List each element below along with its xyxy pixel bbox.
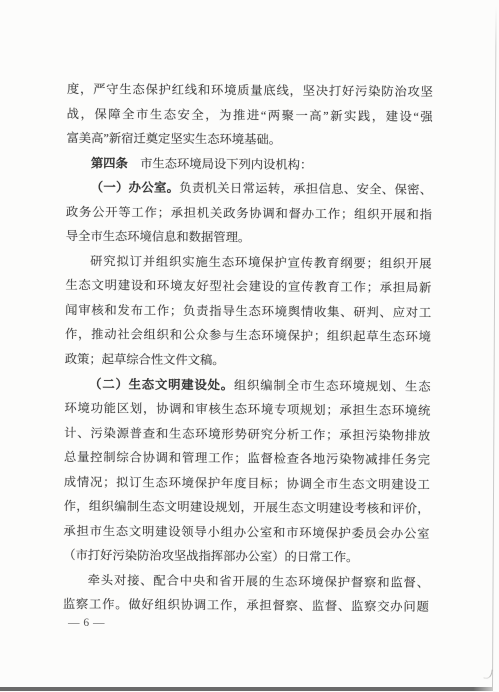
document-line: 成情况；拟订生态环境保护年度目标；协调全市生态文明建设工 <box>64 469 430 496</box>
document-line: 作，推动社会组织和公众参与生态环境保护；组织起草生态环境 <box>65 322 431 349</box>
document-line: 承担市生态文明建设领导小组办公室和市环境保护委员会办公室 <box>63 518 429 545</box>
text-segment: 监察工作。做好组织协调工作，承担督察、监督、监察交办问题 <box>63 597 429 614</box>
page-number: — 6 — <box>68 615 105 631</box>
text-segment: 生态文明建设和环境友好型社会建设的宣传教育工作；承担局新 <box>65 278 431 295</box>
document-line: 研究拟订并组织实施生态环境保护宣传教育纲要；组织开展 <box>65 248 431 275</box>
heading-segment: 第四条 <box>91 155 128 169</box>
document-line: 第四条 市生态环境局设下列内设机构： <box>66 150 432 177</box>
text-segment: 导全市生态环境信息和数据管理。 <box>66 229 251 244</box>
text-segment: 环境功能区划，协调和审核生态环境专项规划；承担生态环境统 <box>64 401 430 418</box>
text-segment: 组织编制全市生态环境规划、生态 <box>234 377 431 393</box>
document-line: 作，组织编制生态文明建设规划，开展生态文明建设考核和评价， <box>64 494 430 521</box>
document-line: 导全市生态环境信息和数据管理。 <box>66 224 432 251</box>
document-line: （一）办公室。负责机关日常运转，承担信息、安全、保密、 <box>66 175 432 202</box>
document-page: 度，严守生态保护红线和环境质量底线，坚决打好污染防治攻坚战，保障全市生态安全，为… <box>0 0 499 692</box>
text-segment: 市生态环境局设下列内设机构： <box>128 156 313 171</box>
text-segment: 承担市生态文明建设领导小组办公室和市环境保护委员会办公室 <box>63 523 429 540</box>
text-segment: 总量控制综合协调和管理工作；监督检查各地污染物减排任务完 <box>64 450 430 467</box>
document-line: 监察工作。做好组织协调工作，承担督察、监督、监察交办问题 <box>63 592 429 619</box>
text-segment: 成情况；拟订生态环境保护年度目标；协调全市生态文明建设工 <box>64 474 430 491</box>
text-segment: 作，组织编制生态文明建设规划，开展生态文明建设考核和评价， <box>64 499 430 516</box>
text-segment: 政务公开等工作；承担机关政务协调和督办工作；组织开展和指 <box>66 204 432 221</box>
scan-edge-bottom-line <box>0 687 493 691</box>
document-line: 政务公开等工作；承担机关政务协调和督办工作；组织开展和指 <box>66 199 432 226</box>
document-line: 总量控制综合协调和管理工作；监督检查各地污染物减排任务完 <box>64 445 430 472</box>
document-text-block: 度，严守生态保护红线和环境质量底线，坚决打好污染防治攻坚战，保障全市生态安全，为… <box>63 77 433 620</box>
text-segment: 政策；起草综合性文件文稿。 <box>65 352 225 367</box>
text-segment: 牵头对接、配合中央和省开展的生态环境保护督察和监督、 <box>88 573 430 590</box>
text-segment: 计、污染源普查和生态环境形势研究分析工作；承担污染物排放 <box>64 425 430 442</box>
document-line: （市打好污染防治攻坚战指挥部办公室）的日常工作。 <box>63 543 429 570</box>
document-line: 闻审核和发布工作；负责指导生态环境舆情收集、研判、应对工 <box>65 297 431 324</box>
text-segment: 富美高”新宿迁奠定坚实生态环境基础。 <box>66 131 281 147</box>
document-line: 度，严守生态保护红线和环境质量底线，坚决打好污染防治攻坚 <box>67 77 433 104</box>
heading-segment: （一）办公室。 <box>91 180 180 195</box>
text-segment: 度，严守生态保护红线和环境质量底线，坚决打好污染防治攻坚 <box>67 81 433 98</box>
document-line: 富美高”新宿迁奠定坚实生态环境基础。 <box>66 126 432 153</box>
document-line: 环境功能区划，协调和审核生态环境专项规划；承担生态环境统 <box>64 396 430 423</box>
document-line: 生态文明建设和环境友好型社会建设的宣传教育工作；承担局新 <box>65 273 431 300</box>
document-line: 牵头对接、配合中央和省开展的生态环境保护督察和监督、 <box>63 567 429 594</box>
text-segment: 作，推动社会组织和公众参与生态环境保护；组织起草生态环境 <box>65 327 431 344</box>
document-line: 战，保障全市生态安全，为推进“两聚一高”新实践，建设“强 <box>67 101 433 128</box>
text-segment: 研究拟订并组织实施生态环境保护宣传教育纲要；组织开展 <box>90 254 432 271</box>
text-segment: （市打好污染防治攻坚战指挥部办公室）的日常工作。 <box>63 548 358 564</box>
document-line: 政策；起草综合性文件文稿。 <box>65 347 431 374</box>
text-segment: 负责机关日常运转，承担信息、安全、保密、 <box>179 181 432 197</box>
scan-edge-vertical-line <box>492 6 497 687</box>
heading-segment: （二）生态文明建设处。 <box>89 376 234 391</box>
document-line: 计、污染源普查和生态环境形势研究分析工作；承担污染物排放 <box>64 420 430 447</box>
text-segment: 闻审核和发布工作；负责指导生态环境舆情收集、研判、应对工 <box>65 302 431 319</box>
text-segment: 战，保障全市生态安全，为推进“两聚一高”新实践，建设“强 <box>67 106 433 123</box>
document-line: （二）生态文明建设处。组织编制全市生态环境规划、生态 <box>64 371 430 398</box>
